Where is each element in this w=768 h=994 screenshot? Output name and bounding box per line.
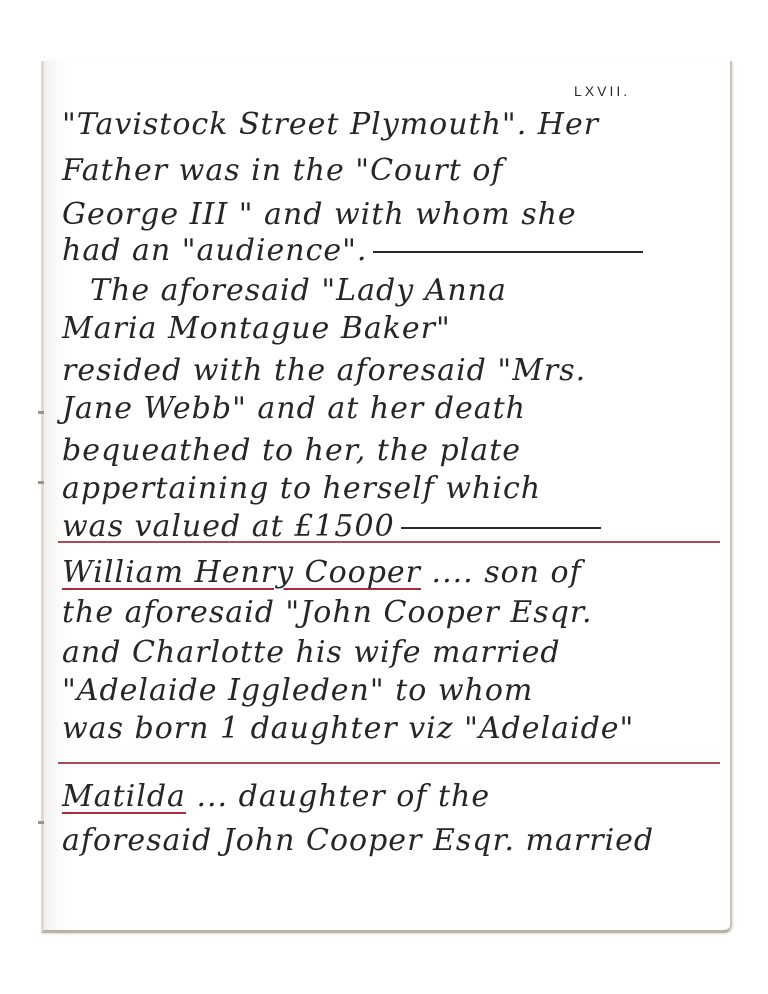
text-line: appertaining to herself which: [62, 471, 541, 507]
text-line: the aforesaid "John Cooper Esqr.: [62, 595, 593, 631]
line-filler-rule: [401, 527, 601, 529]
scanned-page-image: LXVII. "Tavistock Street Plymouth". Her …: [0, 0, 768, 994]
ledger-page: LXVII. "Tavistock Street Plymouth". Her …: [41, 61, 732, 933]
text-line: and Charlotte his wife married: [62, 635, 561, 671]
text-line: was valued at £1500: [62, 509, 601, 545]
text-line: "Adelaide Iggleden" to whom: [62, 673, 533, 709]
entry-heading-line: Matilda ... daughter of the: [62, 779, 490, 815]
text-line: "Tavistock Street Plymouth". Her: [62, 107, 599, 143]
red-divider-rule: [58, 762, 720, 764]
red-divider-rule: [58, 541, 720, 543]
entry-name: Matilda: [62, 779, 186, 814]
binding-stitch: [38, 821, 44, 824]
text-line: was born 1 daughter viz "Adelaide": [62, 711, 634, 747]
text-line-content: was valued at £1500: [62, 509, 395, 544]
line-filler-rule: [373, 251, 643, 253]
binding-stitch: [38, 481, 44, 484]
text-line-content: .... son of: [421, 555, 582, 590]
folio-number: LXVII.: [574, 83, 630, 99]
text-line-content: ... daughter of the: [186, 779, 490, 814]
text-line: The aforesaid "Lady Anna: [90, 273, 507, 309]
binding-stitch: [38, 411, 44, 414]
text-line: George III " and with whom she: [62, 197, 577, 233]
entry-name: William Henry Cooper: [62, 555, 421, 590]
text-line: Maria Montague Baker": [62, 311, 451, 347]
text-line-content: had an "audience".: [62, 233, 367, 268]
entry-heading-line: William Henry Cooper .... son of: [62, 555, 582, 591]
text-line: resided with the aforesaid "Mrs.: [62, 353, 586, 389]
text-line: had an "audience".: [62, 233, 643, 269]
text-line: bequeathed to her, the plate: [62, 433, 521, 469]
text-line: Father was in the "Court of: [62, 153, 504, 189]
text-line: aforesaid John Cooper Esqr. married: [62, 823, 654, 859]
text-line: Jane Webb" and at her death: [62, 391, 526, 427]
